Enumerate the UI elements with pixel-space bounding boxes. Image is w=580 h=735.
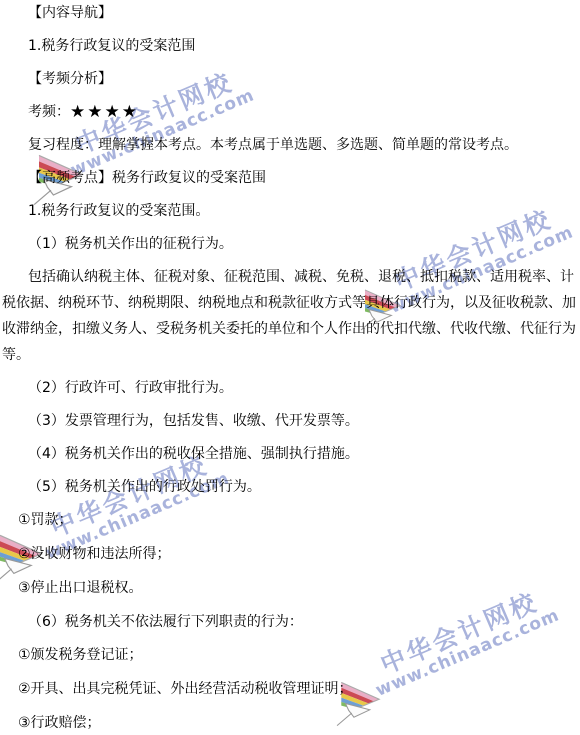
document-content: 【内容导航】 1.税务行政复议的受案范围 【考频分析】 考频：★★★★ 复习程度… <box>0 0 580 735</box>
star-rating-icon: ★★★★ <box>70 102 139 122</box>
subitem-administrative-compensation: ③行政赔偿； <box>2 710 578 735</box>
item-5-administrative-penalty: （5）税务机关作出的行政处罚行为。 <box>2 474 578 500</box>
para-taxation-detail-line: 等。 <box>2 342 578 368</box>
subitem-export-rebate-stop: ③停止出口退税权。 <box>2 575 578 601</box>
item-4-enforcement-measures: （4）税务机关作出的税收保全措施、强制执行措施。 <box>2 441 578 467</box>
document-page: 中华会计网校 www.chinaacc.com 中华会计网校 www.china… <box>0 0 580 735</box>
subitem-tax-registration: ①颁发税务登记证； <box>2 642 578 668</box>
subitem-confiscation: ②没收财物和违法所得； <box>2 541 578 567</box>
line-review-degree: 复习程度：理解掌握本考点。本考点属于单选题、多选题、简单题的常设考点。 <box>2 132 578 158</box>
heading-frequency-analysis: 【考频分析】 <box>2 66 578 92</box>
item-6-unperformed-duties: （6）税务机关不依法履行下列职责的行为： <box>2 609 578 635</box>
subitem-fine: ①罚款； <box>2 507 578 533</box>
para-taxation-detail: 包括确认纳税主体、征税对象、征税范围、减税、免税、退税、抵扣税款、适用税率、计 … <box>2 264 578 368</box>
line-frequency-rating: 考频：★★★★ <box>2 99 578 125</box>
item-2-licensing: （2）行政许可、行政审批行为。 <box>2 375 578 401</box>
frequency-label: 考频： <box>28 104 70 120</box>
heading-content-navigation: 【内容导航】 <box>2 0 578 26</box>
heading-high-frequency-point: 【高频考点】税务行政复议的受案范围 <box>2 165 578 191</box>
item-3-invoice-management: （3）发票管理行为，包括发售、收缴、代开发票等。 <box>2 408 578 434</box>
para-taxation-detail-line: 收滞纳金，扣缴义务人、受税务机关委托的单位和个人作出的代扣代缴、代收代缴、代征行… <box>2 316 578 342</box>
para-taxation-detail-line: 税依据、纳税环节、纳税期限、纳税地点和税款征收方式等具体行政行为，以及征收税款、… <box>2 290 578 316</box>
para-taxation-detail-line: 包括确认纳税主体、征税对象、征税范围、减税、免税、退税、抵扣税款、适用税率、计 <box>2 264 578 290</box>
line-topic-scope: 1.税务行政复议的受案范围 <box>2 33 578 59</box>
line-scope-title: 1.税务行政复议的受案范围。 <box>2 198 578 224</box>
item-1-taxation-act: （1）税务机关作出的征税行为。 <box>2 231 578 257</box>
subitem-tax-certificates: ②开具、出具完税凭证、外出经营活动税收管理证明； <box>2 676 578 702</box>
